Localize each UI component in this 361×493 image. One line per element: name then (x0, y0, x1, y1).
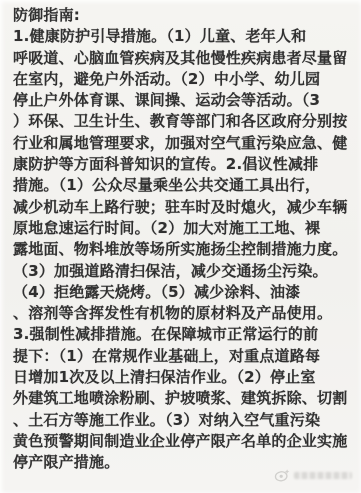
watermark-blurred-text (294, 472, 352, 479)
text-line: 、土石方等施工作业。（3）对纳入空气重污染 (13, 410, 353, 431)
text-line: 露地面、物料堆放等场所实施扬尘控制措施力度。 (13, 239, 353, 260)
text-line: 1.健康防护引导措施。（1）儿童、老年人和 (13, 26, 353, 47)
text-line: 3.强制性减排措施。在保障城市正常运行的前 (13, 324, 353, 345)
text-line: 黄色预警期间制造业企业停产限产名单的企业实施 (13, 431, 353, 452)
text-line: 日增加1次及以上清扫保洁作业。（2）停止室 (13, 367, 353, 388)
text-line: 、溶剂等含挥发性有机物的原材料及产品使用。 (13, 303, 353, 324)
weibo-camera-icon (274, 469, 290, 482)
text-line: （4）拒绝露天烧烤。（5）减少涂料、油漆 (13, 282, 353, 303)
text-line: 康防护等方面科普知识的宣传。2.倡议性减排 (13, 154, 353, 175)
watermark (274, 469, 352, 482)
text-line: 在室内，避免户外活动。（2）中小学、幼儿园 (13, 69, 353, 90)
text-line: 行业和属地管理要求，加强对空气重污染应急、健 (13, 133, 353, 154)
text-line: 措施。（1）公众尽量乘坐公共交通工具出行， (13, 175, 353, 196)
text-line: 原地怠速运行时间。（2）加大对施工工地、裸 (13, 218, 353, 239)
text-line: ）环保、卫生计生、教育等部门和各区政府分别按 (13, 111, 353, 132)
text-line: 停止户外体育课、课间操、运动会等活动。（3 (13, 90, 353, 111)
text-line: 呼吸道、心脑血管疾病及其他慢性疾病患者尽量留 (13, 48, 353, 69)
text-line: 提下：（1）在常规作业基础上，对重点道路每 (13, 346, 353, 367)
text-line: 外建筑工地喷涂粉刷、护坡喷浆、建筑拆除、切割 (13, 388, 353, 409)
document-title: 防御指南: (13, 5, 353, 26)
text-line: （3）加强道路清扫保洁，减少交通扬尘污染。 (13, 261, 353, 282)
text-line: 减少机动车上路行驶；驻车时及时熄火，减少车辆 (13, 197, 353, 218)
text-photo-sheet: 防御指南: 1.健康防护引导措施。（1）儿童、老年人和 呼吸道、心脑血管疾病及其… (0, 0, 361, 493)
